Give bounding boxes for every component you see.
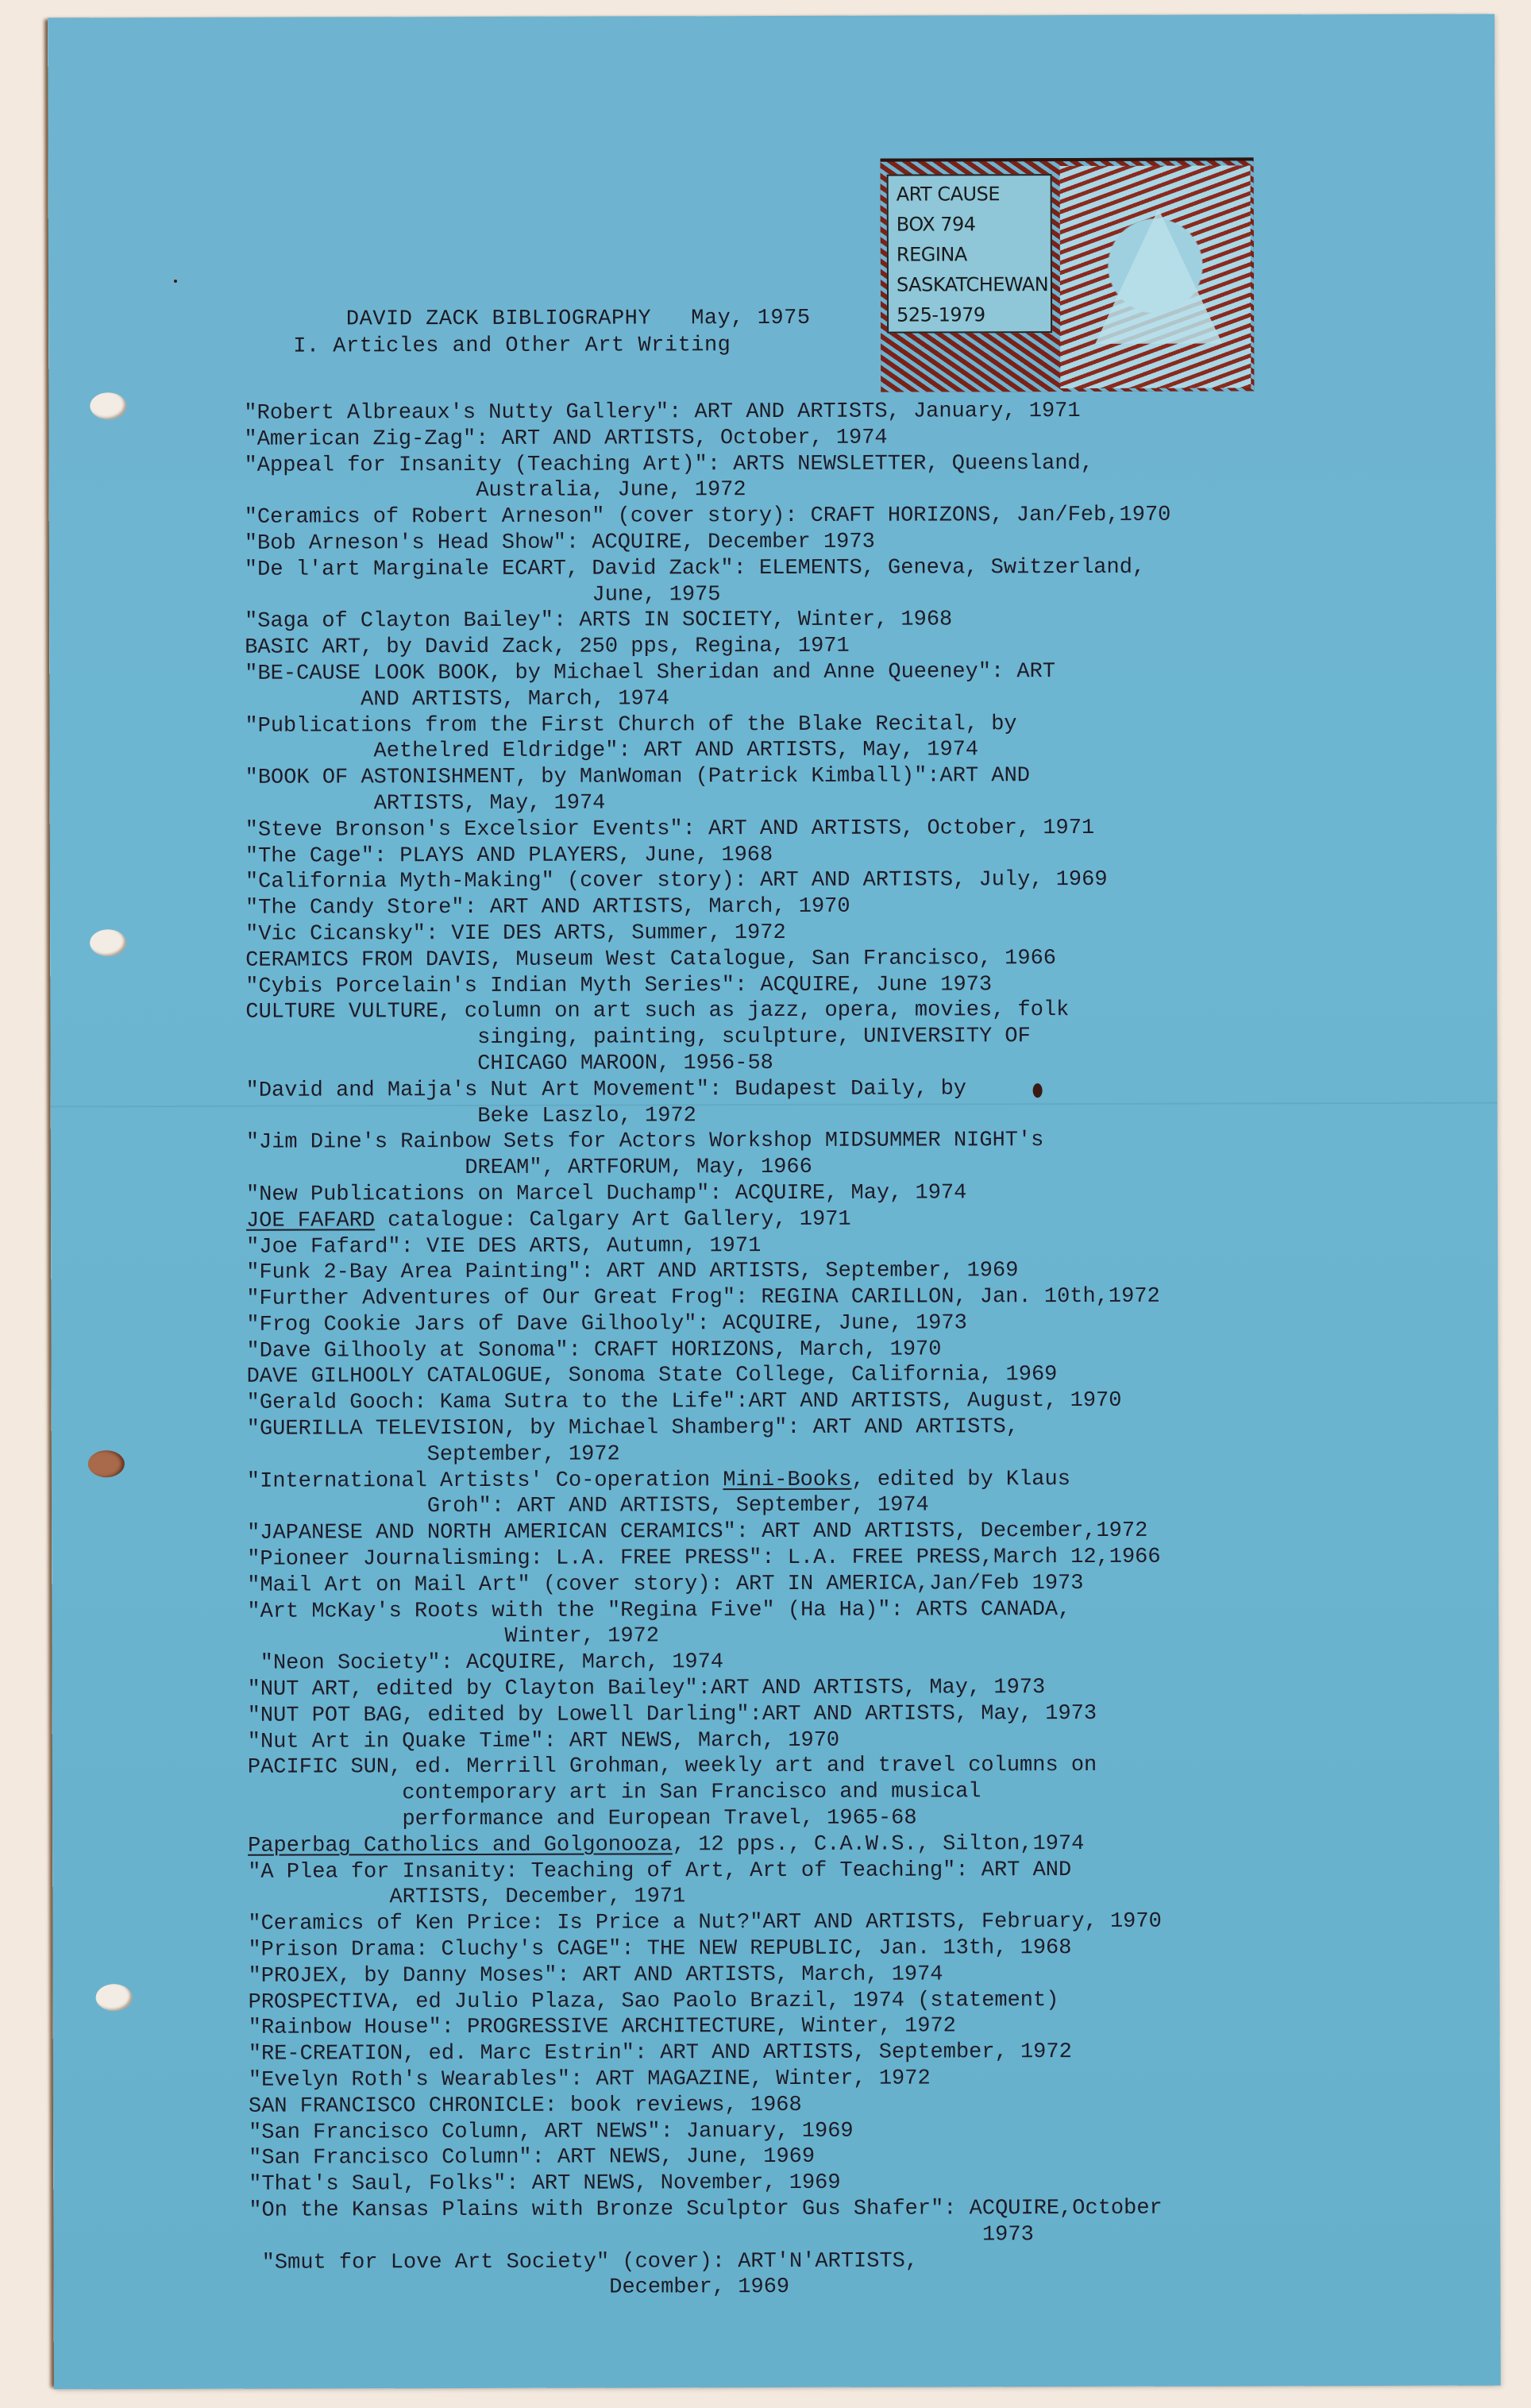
underlined-title: Mini-Books: [723, 1468, 851, 1491]
entry-continuation-line: June, 1975: [245, 580, 1436, 609]
entry-line: "Vic Cicansky": VIE DES ARTS, Summer, 19…: [245, 919, 1437, 948]
entry-line: PACIFIC SUN, ed. Merrill Grohman, weekly…: [248, 1752, 1439, 1781]
bibliography-entry: "Saga of Clayton Bailey": ARTS IN SOCIET…: [245, 606, 1436, 635]
bibliography-entry: "That's Saul, Folks": ART NEWS, November…: [249, 2169, 1440, 2198]
bibliography-entry: "Bob Arneson's Head Show": ACQUIRE, Dece…: [245, 528, 1436, 558]
document-title: DAVID ZACK BIBLIOGRAPHY: [346, 307, 651, 331]
bibliography-entry: "San Francisco Column": ART NEWS, June, …: [249, 2143, 1440, 2172]
punch-hole: [88, 1450, 125, 1477]
bibliography-entry: "Dave Gilhooly at Sonoma": CRAFT HORIZON…: [246, 1336, 1437, 1365]
entry-line: "New Publications on Marcel Duchamp": AC…: [246, 1179, 1437, 1209]
bibliography-entry: "NUT ART, edited by Clayton Bailey":ART …: [248, 1674, 1439, 1704]
stamp-address-box: ART CAUSE BOX 794 REGINA SASKATCHEWAN 52…: [887, 174, 1053, 334]
entry-continuation-line: Australia, June, 1972: [245, 476, 1436, 505]
bibliography-entry: "New Publications on Marcel Duchamp": AC…: [246, 1179, 1437, 1209]
entry-continuation-line: Groh": ART AND ARTISTS, September, 1974: [247, 1491, 1438, 1521]
entry-line: BASIC ART, by David Zack, 250 pps, Regin…: [245, 632, 1436, 662]
bibliography-entry: "San Francisco Column, ART NEWS": Januar…: [249, 2117, 1440, 2146]
underlined-title: Paperbag Catholics and Golgonooza: [248, 1833, 673, 1858]
entry-continuation-line: CHICAGO MAROON, 1956-58: [246, 1049, 1437, 1079]
entry-line: "American Zig-Zag": ART AND ARTISTS, Oct…: [244, 424, 1435, 453]
entry-line: "That's Saul, Folks": ART NEWS, November…: [249, 2169, 1440, 2198]
bibliography-entry: "Pioneer Journalisming: L.A. FREE PRESS"…: [247, 1544, 1438, 1573]
entry-continuation-line: singing, painting, sculpture, UNIVERSITY…: [245, 1023, 1437, 1052]
bibliography-entry: CERAMICS FROM DAVIS, Museum West Catalog…: [245, 945, 1437, 974]
entry-line: "Ceramics of Robert Arneson" (cover stor…: [245, 502, 1436, 531]
bibliography-entry: "BOOK OF ASTONISHMENT, by ManWoman (Patr…: [245, 762, 1437, 818]
bibliography-entry: "International Artists' Co-operation Min…: [247, 1465, 1438, 1521]
entry-line: "Art McKay's Roots with the "Regina Five…: [247, 1596, 1438, 1625]
entry-line: "JAPANESE AND NORTH AMERICAN CERAMICS": …: [247, 1518, 1438, 1547]
entry-continuation-line: Aethelred Eldridge": ART AND ARTISTS, Ma…: [245, 736, 1436, 766]
stamp-line: SASKATCHEWAN: [897, 269, 1043, 299]
entry-continuation-line: ARTISTS, May, 1974: [245, 789, 1437, 818]
entry-line: "David and Maija's Nut Art Movement": Bu…: [246, 1075, 1437, 1105]
stamp-line: 525-1979: [897, 299, 1043, 330]
bibliography-entry: "Joe Fafard": VIE DES ARTS, Autumn, 1971: [246, 1231, 1437, 1260]
bibliography-entry: PROSPECTIVA, ed Julio Plaza, Sao Paolo B…: [249, 1986, 1440, 2016]
entry-line: "Saga of Clayton Bailey": ARTS IN SOCIET…: [245, 606, 1436, 635]
underlined-title: JOE FAFARD: [246, 1209, 375, 1233]
entry-continuation-line: AND ARTISTS, March, 1974: [245, 685, 1436, 714]
bibliography-entry: "Nut Art in Quake Time": ART NEWS, March…: [248, 1726, 1439, 1755]
entry-line: DAVE GILHOOLY CATALOGUE, Sonoma State Co…: [247, 1361, 1438, 1391]
entry-line: "San Francisco Column, ART NEWS": Januar…: [249, 2117, 1440, 2146]
entry-line: "GUERILLA TELEVISION, by Michael Shamber…: [247, 1414, 1438, 1443]
entry-line: "RE-CREATION, ed. Marc Estrin": ART AND …: [249, 2039, 1440, 2068]
bibliography-entry: "Appeal for Insanity (Teaching Art)": AR…: [245, 450, 1436, 505]
entry-line: CERAMICS FROM DAVIS, Museum West Catalog…: [245, 945, 1437, 974]
bibliography-entry: "PROJEX, by Danny Moses": ART AND ARTIST…: [249, 1961, 1440, 1990]
bibliography-entry: "Art McKay's Roots with the "Regina Five…: [247, 1596, 1438, 1651]
entry-line: "Neon Society": ACQUIRE, March, 1974: [247, 1648, 1438, 1677]
entry-continuation-line: Winter, 1972: [247, 1622, 1438, 1651]
entry-line: "Cybis Porcelain's Indian Myth Series": …: [245, 971, 1437, 1000]
entry-line: "California Myth-Making" (cover story): …: [245, 866, 1437, 896]
bibliography-entry: "Jim Dine's Rainbow Sets for Actors Work…: [246, 1127, 1437, 1183]
document-page: DAVID ZACK BIBLIOGRAPHY May, 1975 I. Art…: [48, 14, 1501, 2390]
entry-line: "Nut Art in Quake Time": ART NEWS, March…: [248, 1726, 1439, 1755]
entry-line: "Further Adventures of Our Great Frog": …: [246, 1283, 1437, 1313]
entry-line: "A Plea for Insanity: Teaching of Art, A…: [248, 1856, 1439, 1885]
entry-line: "NUT ART, edited by Clayton Bailey":ART …: [248, 1674, 1439, 1704]
bibliography-entry: "BE-CAUSE LOOK BOOK, by Michael Sheridan…: [245, 658, 1436, 714]
entry-line: "NUT POT BAG, edited by Lowell Darling":…: [248, 1700, 1439, 1730]
bibliography-entry: "Neon Society": ACQUIRE, March, 1974: [247, 1648, 1438, 1677]
bibliography-entry: "Vic Cicansky": VIE DES ARTS, Summer, 19…: [245, 919, 1437, 948]
entry-line: "Prison Drama: Cluchy's CAGE": THE NEW R…: [248, 1935, 1439, 1964]
art-cause-stamp: ART CAUSE BOX 794 REGINA SASKATCHEWAN 52…: [881, 157, 1255, 392]
entry-line: "Ceramics of Ken Price: Is Price a Nut?"…: [248, 1908, 1439, 1938]
entry-continuation-line: 1973: [249, 2221, 1440, 2251]
entry-line: "Jim Dine's Rainbow Sets for Actors Work…: [246, 1127, 1437, 1156]
bibliography-entry: "Rainbow House": PROGRESSIVE ARCHITECTUR…: [249, 2012, 1440, 2042]
bibliography-entry: "Ceramics of Ken Price: Is Price a Nut?"…: [248, 1908, 1439, 1938]
bibliography-entry: Paperbag Catholics and Golgonooza, 12 pp…: [248, 1831, 1439, 1860]
bibliography-entry: "David and Maija's Nut Art Movement": Bu…: [246, 1075, 1437, 1131]
entry-line: "The Candy Store": ART AND ARTISTS, Marc…: [245, 893, 1437, 922]
section-heading: I. Articles and Other Art Writing: [293, 334, 731, 358]
bibliography-entry: BASIC ART, by David Zack, 250 pps, Regin…: [245, 632, 1436, 662]
bibliography-entry: "Frog Cookie Jars of Dave Gilhooly": ACQ…: [246, 1310, 1437, 1339]
entry-continuation-line: December, 1969: [249, 2273, 1440, 2302]
document-date: May, 1975: [691, 307, 810, 330]
entry-line: "Appeal for Insanity (Teaching Art)": AR…: [245, 450, 1436, 479]
entry-line: SAN FRANCISCO CHRONICLE: book reviews, 1…: [249, 2091, 1440, 2121]
bibliography-entry: "Cybis Porcelain's Indian Myth Series": …: [245, 971, 1437, 1000]
bibliography-entry: "JAPANESE AND NORTH AMERICAN CERAMICS": …: [247, 1518, 1438, 1547]
entry-continuation-line: September, 1972: [247, 1440, 1438, 1469]
bibliography-entry: "Gerald Gooch: Kama Sutra to the Life":A…: [247, 1387, 1438, 1417]
bibliography-entry: DAVE GILHOOLY CATALOGUE, Sonoma State Co…: [247, 1361, 1438, 1391]
entry-line: "Publications from the First Church of t…: [245, 710, 1436, 739]
bibliography-entry: "GUERILLA TELEVISION, by Michael Shamber…: [247, 1414, 1438, 1469]
punch-hole: [96, 1984, 133, 2011]
entry-line: "Evelyn Roth's Wearables": ART MAGAZINE,…: [249, 2065, 1440, 2094]
entry-continuation-line: Beke Laszlo, 1972: [246, 1101, 1437, 1130]
entry-line: "PROJEX, by Danny Moses": ART AND ARTIST…: [249, 1961, 1440, 1990]
bibliography-entry: "Robert Albreaux's Nutty Gallery": ART A…: [244, 398, 1435, 427]
bibliography-entry: "The Cage": PLAYS AND PLAYERS, June, 196…: [245, 840, 1437, 870]
bibliography-entry: "Further Adventures of Our Great Frog": …: [246, 1283, 1437, 1313]
entry-line: "The Cage": PLAYS AND PLAYERS, June, 196…: [245, 840, 1437, 870]
entry-line: "Dave Gilhooly at Sonoma": CRAFT HORIZON…: [246, 1336, 1437, 1365]
bibliography-entry: "Steve Bronson's Excelsior Events": ART …: [245, 815, 1437, 844]
entry-continuation-line: contemporary art in San Francisco and mu…: [248, 1778, 1439, 1808]
entry-line: "San Francisco Column": ART NEWS, June, …: [249, 2143, 1440, 2172]
entry-line: "Bob Arneson's Head Show": ACQUIRE, Dece…: [245, 528, 1436, 558]
entry-line: "On the Kansas Plains with Bronze Sculpt…: [249, 2195, 1440, 2225]
entry-line: "International Artists' Co-operation Min…: [247, 1465, 1438, 1495]
bibliography-entry: "Publications from the First Church of t…: [245, 710, 1436, 766]
entry-line: "Pioneer Journalisming: L.A. FREE PRESS"…: [247, 1544, 1438, 1573]
entry-line: "De l'art Marginale ECART, David Zack": …: [245, 554, 1436, 584]
entry-continuation-line: performance and European Travel, 1965-68: [248, 1804, 1439, 1834]
bibliography-entry: "California Myth-Making" (cover story): …: [245, 866, 1437, 896]
bibliography-entry: "A Plea for Insanity: Teaching of Art, A…: [248, 1856, 1439, 1912]
entry-line: "BOOK OF ASTONISHMENT, by ManWoman (Patr…: [245, 762, 1437, 792]
entry-line: CULTURE VULTURE, column on art such as j…: [245, 997, 1437, 1026]
punch-hole: [90, 392, 126, 419]
ink-speck: [174, 280, 177, 283]
bibliography-entry: "Funk 2-Bay Area Painting": ART AND ARTI…: [246, 1257, 1437, 1287]
entry-line: "Funk 2-Bay Area Painting": ART AND ARTI…: [246, 1257, 1437, 1287]
bibliography-entry: "Smut for Love Art Society" (cover): ART…: [249, 2247, 1440, 2302]
entry-line: "Frog Cookie Jars of Dave Gilhooly": ACQ…: [246, 1310, 1437, 1339]
entry-line: "Joe Fafard": VIE DES ARTS, Autumn, 1971: [246, 1231, 1437, 1260]
bibliography-entry: "On the Kansas Plains with Bronze Sculpt…: [249, 2195, 1440, 2251]
stamp-line: REGINA: [897, 239, 1043, 269]
bibliography-entry: "The Candy Store": ART AND ARTISTS, Marc…: [245, 893, 1437, 922]
bibliography-entry: "De l'art Marginale ECART, David Zack": …: [245, 554, 1436, 610]
entry-line: "BE-CAUSE LOOK BOOK, by Michael Sheridan…: [245, 658, 1436, 688]
entry-line: "Smut for Love Art Society" (cover): ART…: [249, 2247, 1440, 2276]
entry-line: JOE FAFARD catalogue: Calgary Art Galler…: [246, 1206, 1437, 1235]
bibliography-entry: "Prison Drama: Cluchy's CAGE": THE NEW R…: [248, 1935, 1439, 1964]
bibliography-list: "Robert Albreaux's Nutty Gallery": ART A…: [244, 398, 1440, 2302]
bibliography-entry: "Evelyn Roth's Wearables": ART MAGAZINE,…: [249, 2065, 1440, 2094]
bibliography-entry: "RE-CREATION, ed. Marc Estrin": ART AND …: [249, 2039, 1440, 2068]
stamp-line: BOX 794: [897, 209, 1043, 239]
entry-line: "Mail Art on Mail Art" (cover story): AR…: [247, 1570, 1438, 1600]
stamp-letter-a-icon: [1095, 209, 1222, 344]
entry-continuation-line: ARTISTS, December, 1971: [248, 1882, 1439, 1912]
bibliography-entry: "Mail Art on Mail Art" (cover story): AR…: [247, 1570, 1438, 1600]
entry-line: PROSPECTIVA, ed Julio Plaza, Sao Paolo B…: [249, 1986, 1440, 2016]
entry-line: "Robert Albreaux's Nutty Gallery": ART A…: [244, 398, 1435, 427]
entry-line: "Steve Bronson's Excelsior Events": ART …: [245, 815, 1437, 844]
bibliography-entry: "American Zig-Zag": ART AND ARTISTS, Oct…: [244, 424, 1435, 453]
bibliography-entry: PACIFIC SUN, ed. Merrill Grohman, weekly…: [248, 1752, 1439, 1833]
entry-line: "Rainbow House": PROGRESSIVE ARCHITECTUR…: [249, 2012, 1440, 2042]
bibliography-entry: JOE FAFARD catalogue: Calgary Art Galler…: [246, 1206, 1437, 1235]
bibliography-entry: "NUT POT BAG, edited by Lowell Darling":…: [248, 1700, 1439, 1730]
entry-continuation-line: DREAM", ARTFORUM, May, 1966: [246, 1153, 1437, 1183]
stamp-line: ART CAUSE: [897, 179, 1043, 209]
entry-line: "Gerald Gooch: Kama Sutra to the Life":A…: [247, 1387, 1438, 1417]
bibliography-entry: CULTURE VULTURE, column on art such as j…: [245, 997, 1437, 1078]
bibliography-entry: "Ceramics of Robert Arneson" (cover stor…: [245, 502, 1436, 531]
entry-line: Paperbag Catholics and Golgonooza, 12 pp…: [248, 1831, 1439, 1860]
bibliography-entry: SAN FRANCISCO CHRONICLE: book reviews, 1…: [249, 2091, 1440, 2121]
punch-hole: [90, 929, 126, 956]
